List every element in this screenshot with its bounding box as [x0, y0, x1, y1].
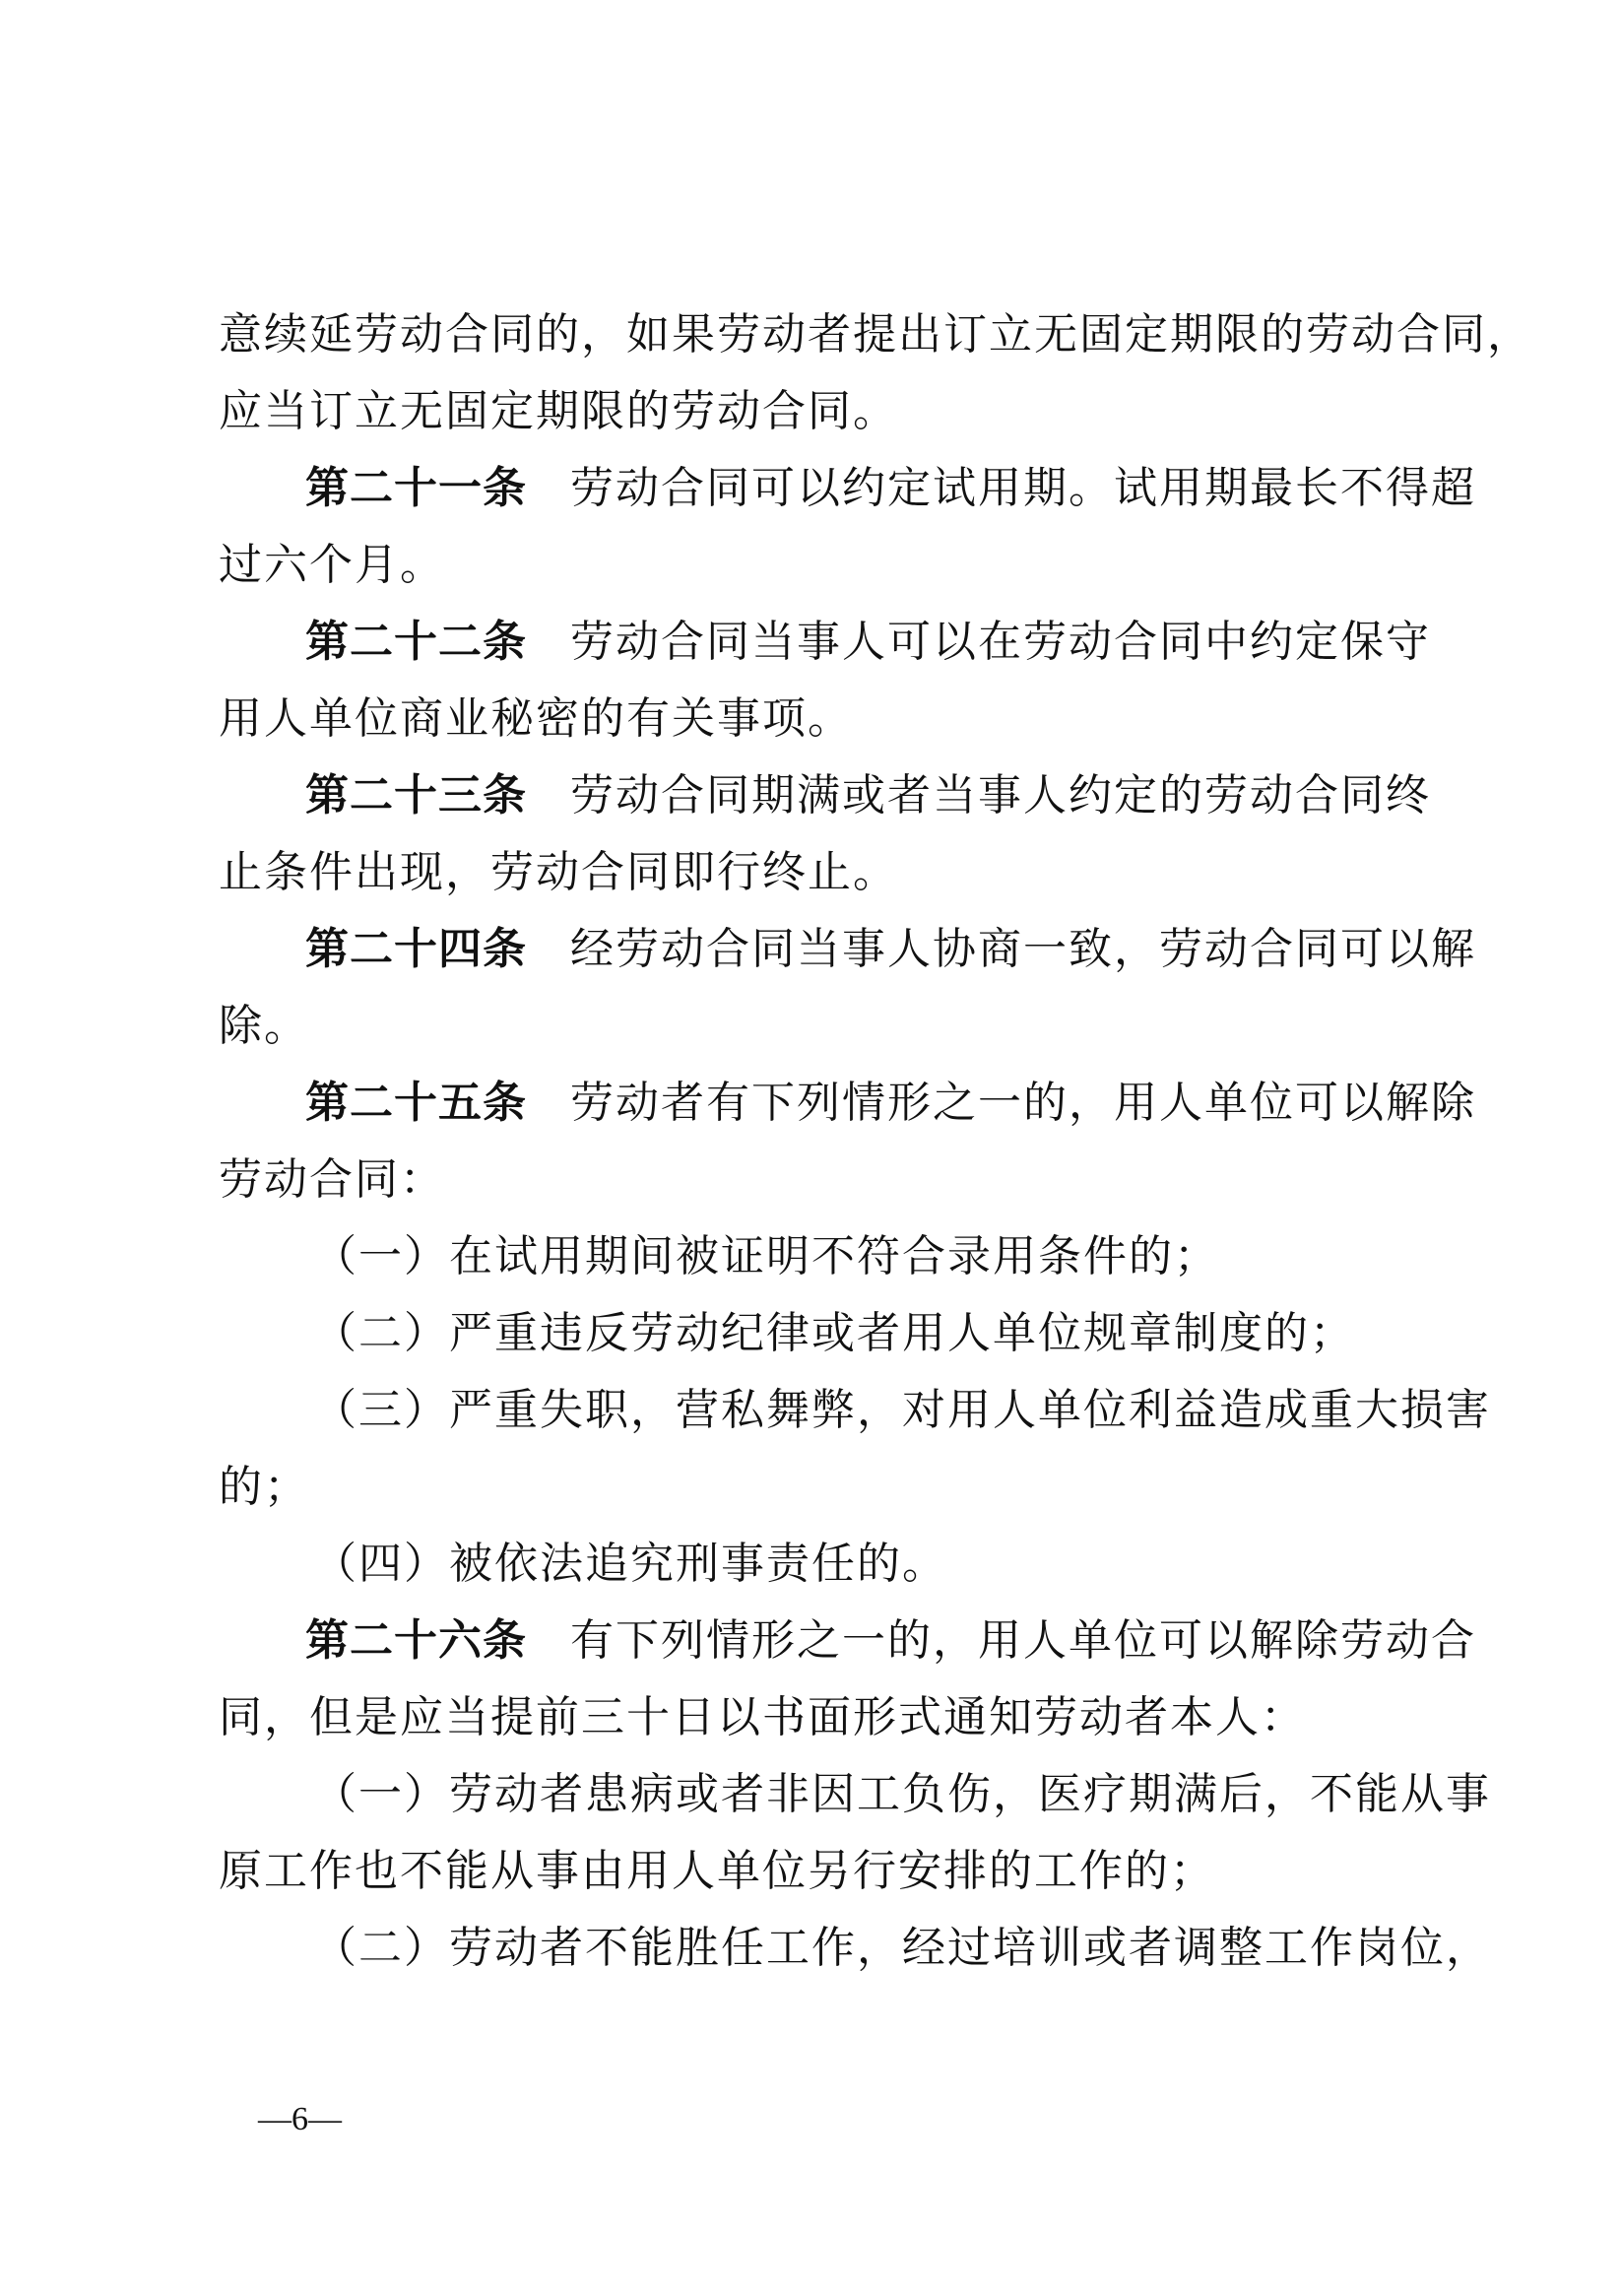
list-item: （三）严重失职，营私舞弊，对用人单位利益造成重大损害	[313, 1383, 1491, 1438]
line-text: 除。	[219, 1001, 309, 1051]
text-line: 应当订立无固定期限的劳动合同。	[219, 384, 898, 439]
article-text: 劳动者有下列情形之一的，用人单位可以解除	[570, 1078, 1476, 1128]
article-23: 第二十三条劳动合同期满或者当事人约定的劳动合同终	[305, 768, 1431, 823]
item-text: （二）严重违反劳动纪律或者用人单位规章制度的；	[313, 1308, 1355, 1358]
item-text: （一）在试用期间被证明不符合录用条件的；	[313, 1231, 1219, 1281]
article-text: 经劳动合同当事人协商一致，劳动合同可以解	[570, 924, 1476, 974]
article-25: 第二十五条劳动者有下列情形之一的，用人单位可以解除	[305, 1076, 1476, 1131]
item-text: （三）严重失职，营私舞弊，对用人单位利益造成重大损害	[313, 1385, 1491, 1435]
article-21: 第二十一条劳动合同可以约定试用期。试用期最长不得超	[305, 461, 1476, 516]
article-text: 劳动合同可以约定试用期。试用期最长不得超	[570, 463, 1476, 513]
text-line: 原工作也不能从事由用人单位另行安排的工作的；	[219, 1844, 1215, 1899]
text-line: 除。	[219, 999, 309, 1054]
item-text: （一）劳动者患病或者非因工负伤，医疗期满后，不能从事	[313, 1769, 1491, 1819]
article-number: 第二十一条	[305, 463, 527, 513]
list-item: （一）劳动者患病或者非因工负伤，医疗期满后，不能从事	[313, 1767, 1491, 1822]
line-text: 止条件出现，劳动合同即行终止。	[219, 847, 898, 897]
text-line: 同，但是应当提前三十日以书面形式通知劳动者本人：	[219, 1690, 1306, 1745]
text-line: 过六个月。	[219, 538, 445, 593]
list-item: （四）被依法追究刑事责任的。	[313, 1537, 947, 1592]
article-26: 第二十六条有下列情形之一的，用人单位可以解除劳动合	[305, 1613, 1476, 1669]
list-item: （二）严重违反劳动纪律或者用人单位规章制度的；	[313, 1306, 1355, 1361]
article-number: 第二十六条	[305, 1615, 527, 1666]
line-text: 的；	[219, 1462, 309, 1512]
list-item: （二）劳动者不能胜任工作，经过培训或者调整工作岗位，	[313, 1921, 1491, 1976]
text-line: 意续延劳动合同的，如果劳动者提出订立无固定期限的劳动合同，	[219, 307, 1450, 362]
line-text: 用人单位商业秘密的有关事项。	[219, 693, 853, 744]
line-text: 应当订立无固定期限的劳动合同。	[219, 386, 898, 436]
article-text: 劳动合同期满或者当事人约定的劳动合同终	[570, 770, 1431, 820]
text-line: 的；	[219, 1460, 309, 1515]
page-number: —6—	[258, 2100, 342, 2139]
text-line: 止条件出现，劳动合同即行终止。	[219, 845, 898, 900]
text-line: 用人单位商业秘密的有关事项。	[219, 691, 853, 747]
line-text: 原工作也不能从事由用人单位另行安排的工作的；	[219, 1846, 1215, 1896]
line-text: 劳动合同：	[219, 1154, 445, 1205]
item-text: （二）劳动者不能胜任工作，经过培训或者调整工作岗位，	[313, 1923, 1491, 1973]
article-text: 有下列情形之一的，用人单位可以解除劳动合	[570, 1615, 1476, 1666]
article-number: 第二十五条	[305, 1078, 527, 1128]
document-page: 意续延劳动合同的，如果劳动者提出订立无固定期限的劳动合同， 应当订立无固定期限的…	[0, 0, 1621, 2296]
line-text: 同，但是应当提前三十日以书面形式通知劳动者本人：	[219, 1692, 1306, 1742]
list-item: （一）在试用期间被证明不符合录用条件的；	[313, 1229, 1219, 1284]
article-number: 第二十四条	[305, 924, 527, 974]
article-22: 第二十二条劳动合同当事人可以在劳动合同中约定保守	[305, 615, 1431, 670]
article-text: 劳动合同当事人可以在劳动合同中约定保守	[570, 617, 1431, 667]
article-number: 第二十三条	[305, 770, 527, 820]
line-text: 过六个月。	[219, 540, 445, 590]
article-24: 第二十四条经劳动合同当事人协商一致，劳动合同可以解	[305, 922, 1476, 977]
line-text: 意续延劳动合同的，如果劳动者提出订立无固定期限的劳动合同，	[219, 309, 1532, 360]
article-number: 第二十二条	[305, 617, 527, 667]
item-text: （四）被依法追究刑事责任的。	[313, 1539, 947, 1589]
text-line: 劳动合同：	[219, 1152, 445, 1208]
